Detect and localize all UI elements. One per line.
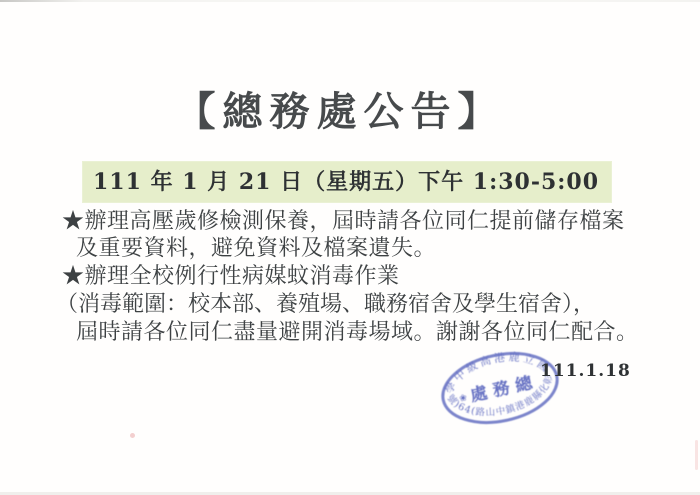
scan-edge-top	[0, 0, 700, 2]
scanned-announcement-page: 【總務處公告】 111 年 1 月 21 日（星期五）下午 1:30-5:00 …	[0, 0, 700, 495]
office-seal-stamp: 學中級高港鹿立國 號)64(路山中鎮港鹿縣化彰 ❀ 處務總	[420, 334, 584, 444]
office-seal-svg: 學中級高港鹿立國 號)64(路山中鎮港鹿縣化彰 ❀ 處務總	[420, 334, 584, 444]
seal-ornament-icon: ❀	[459, 393, 469, 404]
date-highlight-text: 111 年 1 月 21 日（星期五）下午 1:30-5:00	[83, 162, 611, 202]
body-line-3: ★辦理全校例行性病媒蚊消毒作業	[62, 259, 400, 290]
page-title: 【總務處公告】	[0, 80, 690, 137]
scan-speck	[130, 433, 135, 438]
body-line-2: 及重要資料，避免資料及檔案遺失。	[76, 231, 436, 262]
scan-speck-edge	[695, 440, 698, 470]
date-line: 111 年 1 月 21 日（星期五）下午 1:30-5:00	[83, 162, 611, 202]
date-stamp: 111.1.18	[540, 361, 631, 381]
body-line-4: （消毒範圍：校本部、養殖場、職務宿舍及學生宿舍），	[56, 287, 595, 318]
